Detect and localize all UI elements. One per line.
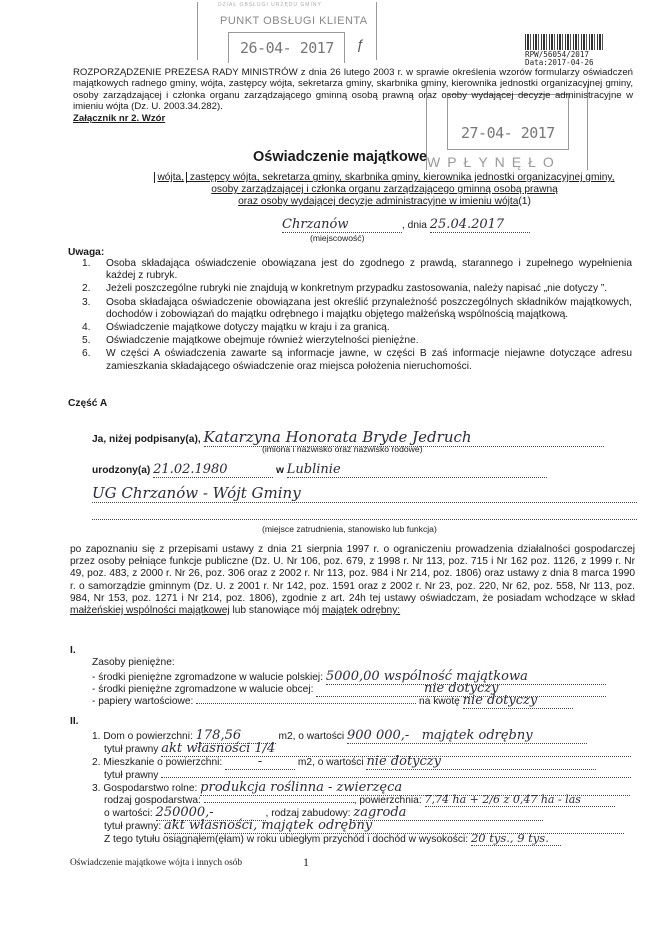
birth-place-field[interactable]: Lublinie — [287, 462, 547, 478]
note-number: 3. — [82, 297, 106, 321]
employment-field-2[interactable] — [92, 509, 637, 520]
birth-date-field[interactable]: 21.02.1980 — [153, 462, 273, 478]
annex-label: Załącznik nr 2. Wzór — [73, 113, 633, 124]
barcode — [525, 34, 605, 50]
note-item: 1.Osoba składająca oświadczenie obowiąza… — [82, 258, 632, 282]
income-row: Z tego tytułu osiągnąłem(ęłam) w roku ub… — [104, 831, 664, 846]
place-caption: (miejscowość) — [310, 233, 602, 243]
customer-service-stamp: DZIAŁ OBSŁUGI URZĘDU GMINY PUNKT OBSŁUGI… — [197, 2, 377, 60]
flat-title-row: tytuł prawny — [104, 767, 631, 781]
received-label: WPŁYNĘŁO — [427, 154, 561, 170]
declaration-intro: po zapoznaniu się z przepisami ustawy z … — [70, 544, 635, 617]
form-subtitle: wójta, zastępcy wójta, sekretarza gminy,… — [112, 172, 657, 208]
footnote-ref: (1) — [518, 196, 530, 207]
section-1-numeral: I. — [70, 645, 76, 656]
footer-title: Oświadczenie majątkowe wójta i innych os… — [70, 858, 242, 868]
born-row: urodzony(a) 21.02.1980 w Lublinie — [92, 462, 547, 478]
intro-marital: małżeńskiej wspólności majątkowej — [70, 605, 230, 616]
note-text: W części A oświadczenia zawarte są infor… — [106, 348, 632, 372]
section-2-numeral: II. — [70, 716, 79, 727]
place-field[interactable]: Chrzanów — [282, 217, 402, 233]
securities-label: - papiery wartościowe: — [92, 696, 193, 707]
income-label: Z tego tytułu osiągnąłem(ęłam) w roku ub… — [104, 834, 468, 845]
notes-heading: Uwaga: — [68, 247, 104, 258]
barcode-label: RPW/56054/2017 Data:2017-04-26 — [525, 51, 594, 67]
note-item: 3.Osoba składająca oświadczenie obowiąza… — [82, 297, 632, 321]
signed-caption: (imiona i nazwisko oraz nazwisko rodowe) — [262, 444, 422, 454]
born-in-label: w — [276, 465, 284, 476]
note-text: Oświadczenie majątkowe dotyczy majątku w… — [106, 322, 390, 334]
employment-row: UG Chrzanów - Wójt Gminy — [92, 484, 637, 503]
intro-separate: majątek odrębny: — [322, 605, 400, 616]
stamp-date: 26-04- 2017 — [240, 39, 334, 57]
note-number: 4. — [82, 322, 106, 334]
received-date: 27-04- 2017 — [461, 124, 555, 142]
regulation-header: ROZPORZĄDZENIE PREZESA RADY MINISTRÓW z … — [73, 67, 633, 124]
notes-list: 1.Osoba składająca oświadczenie obowiąza… — [82, 258, 632, 374]
securities-amount-label: na kwotę — [419, 696, 460, 707]
subtitle-line-2: osoby zarządzającej i członka organu zar… — [112, 184, 657, 196]
intro-mid: lub stanowiące mój — [230, 605, 322, 616]
part-a-heading: Część A — [68, 398, 107, 409]
page-number: 1 — [303, 855, 309, 870]
note-item: 6.W części A oświadczenia zawarte są inf… — [82, 348, 632, 372]
stamp-office-label: DZIAŁ OBSŁUGI URZĘDU GMINY — [218, 2, 322, 8]
note-item: 5.Oświadczenie majątkowe obejmuje równie… — [82, 335, 632, 347]
note-item: 4.Oświadczenie majątkowe dotyczy majątku… — [82, 322, 632, 334]
signed-label: Ja, niżej podpisany(a), — [92, 434, 201, 445]
selected-role: wójta, — [154, 172, 187, 183]
flat-title-field[interactable] — [161, 767, 631, 778]
note-text: Osoba składająca oświadczenie obowiązana… — [106, 258, 632, 282]
securities-row: - papiery wartościowe: na kwotę nie doty… — [92, 693, 573, 709]
subtitle-line-3: oraz osoby wydającej decyzje administrac… — [238, 196, 518, 207]
note-text: Jeżeli poszczególne rubryki nie znajdują… — [106, 283, 607, 295]
farm-type-field[interactable] — [204, 792, 354, 803]
date-field[interactable]: 25.04.2017 — [430, 217, 530, 233]
registry-date: Data:2017-04-26 — [525, 59, 594, 67]
money-heading: Zasoby pieniężne: — [92, 657, 175, 668]
note-item: 2.Jeżeli poszczególne rubryki nie znajdu… — [82, 283, 632, 295]
employment-row-2 — [92, 509, 637, 523]
note-text: Osoba składająca oświadczenie obowiązana… — [106, 297, 632, 321]
employment-field[interactable]: UG Chrzanów - Wójt Gminy — [92, 484, 637, 503]
note-number: 6. — [82, 348, 106, 372]
intro-text: po zapoznaniu się z przepisami ustawy z … — [70, 544, 635, 604]
note-number: 1. — [82, 258, 106, 282]
securities-field[interactable] — [196, 703, 416, 704]
note-number: 2. — [82, 283, 106, 295]
note-text: Oświadczenie majątkowe obejmuje również … — [106, 335, 419, 347]
page-title: Oświadczenie majątkowe — [253, 149, 427, 165]
date-prefix: , dnia — [402, 220, 427, 231]
stamp-title: PUNKT OBSŁUGI KLIENTA — [220, 15, 368, 27]
born-label: urodzony(a) — [92, 465, 150, 476]
subtitle-line-1: zastępcy wójta, sekretarza gminy, skarbn… — [187, 172, 614, 183]
securities-amount-field[interactable]: nie dotyczy — [463, 693, 573, 709]
stamp-initials: ƒ — [356, 36, 364, 52]
note-number: 5. — [82, 335, 106, 347]
place-date-line: Chrzanów, dnia 25.04.2017 (miejscowość) — [282, 217, 602, 243]
employment-caption: (miejsce zatrudnienia, stanowisko lub fu… — [262, 524, 437, 534]
income-field[interactable]: 20 tys., 9 tys. — [471, 831, 561, 846]
regulation-text: ROZPORZĄDZENIE PREZESA RADY MINISTRÓW z … — [73, 67, 633, 113]
